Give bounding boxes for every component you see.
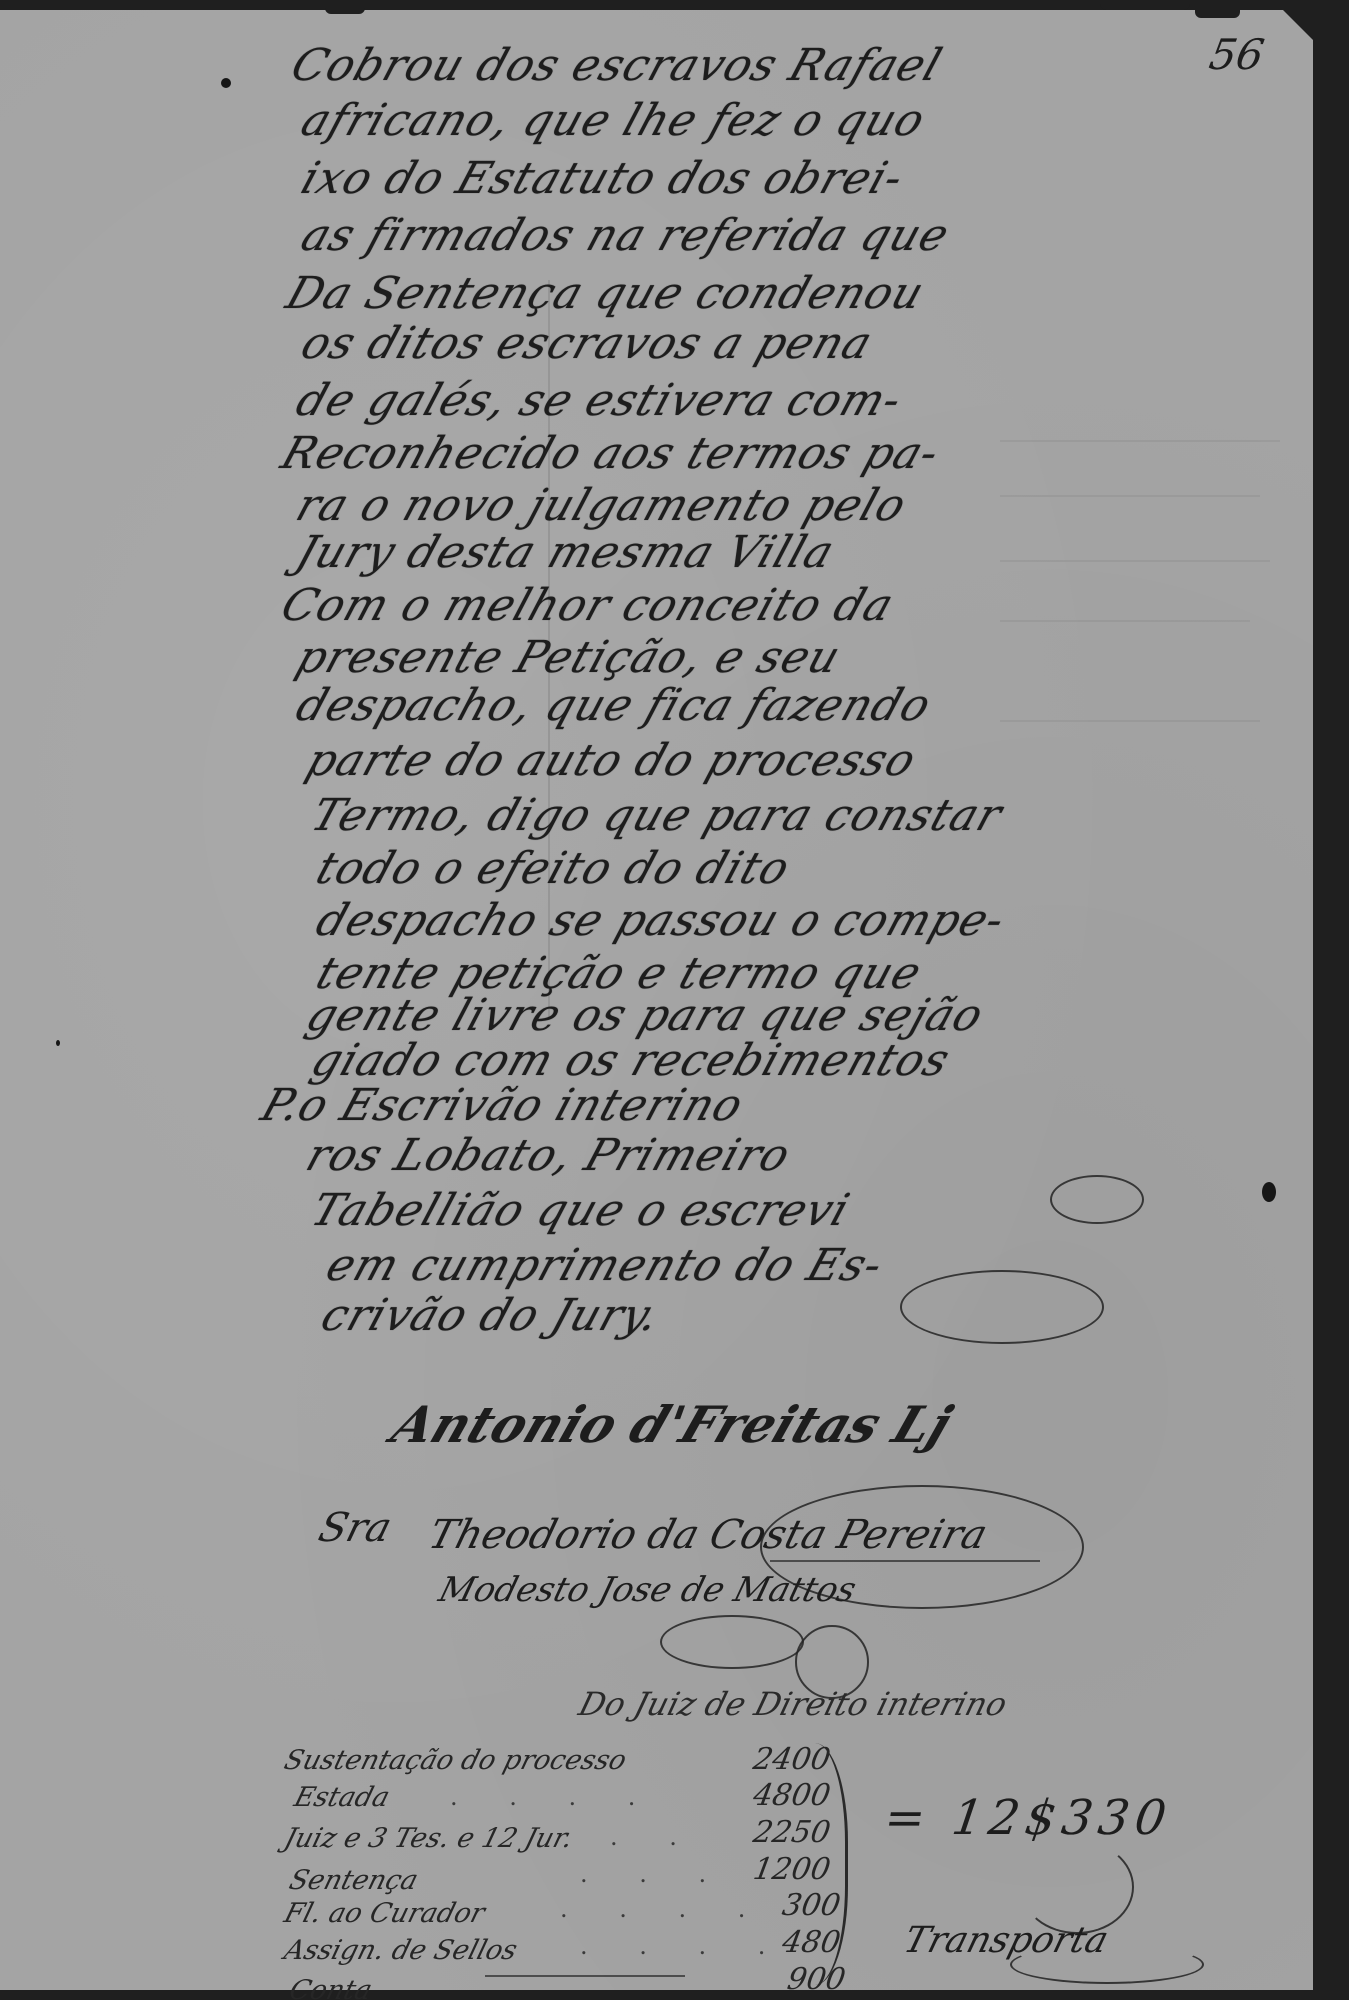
body-line: ixo do Estatuto dos obrei- — [295, 153, 910, 204]
signature-witness-prefix: Sra — [314, 1505, 397, 1551]
account-amount: 2250 — [687, 1815, 833, 1850]
account-amount: 1200 — [687, 1852, 833, 1887]
body-line: ra o novo julgamento pelo — [290, 480, 913, 531]
body-line: Termo, digo que para constar — [305, 790, 1009, 841]
body-line: de galés, se estivera com- — [290, 375, 909, 426]
body-line: crivão do Jury. — [315, 1290, 667, 1341]
paper-tear — [1100, 0, 1190, 10]
body-line: Jury desta mesma Villa — [290, 527, 841, 578]
bleed-through-line — [1000, 620, 1250, 622]
paper-corner — [1283, 10, 1313, 40]
bleed-through-line — [1000, 495, 1260, 497]
rule-line — [485, 1975, 685, 1977]
body-line: Da Sentença que condenou — [280, 268, 931, 319]
leader-dots: . . — [610, 1823, 699, 1851]
page-number: 56 — [1206, 30, 1268, 79]
account-label: Estada — [291, 1782, 393, 1813]
ink-blot — [1262, 1182, 1276, 1202]
flourish — [660, 1615, 804, 1669]
ink-blot — [56, 1040, 60, 1046]
bleed-through-line — [1000, 720, 1260, 722]
account-label: Juiz e 3 Tes. e 12 Jur. — [281, 1823, 576, 1854]
account-label: Sustentação do processo — [281, 1745, 630, 1776]
account-amount: 2400 — [687, 1742, 833, 1777]
accounts-heading: Do Juiz de Direito interino — [575, 1685, 1011, 1723]
account-label: Conta — [286, 1975, 376, 2000]
account-label: Assign. de Sellos — [281, 1935, 521, 1966]
account-label: Sentença — [286, 1865, 422, 1896]
body-line: despacho se passou o compe- — [310, 895, 1012, 946]
account-amount: 4800 — [687, 1778, 833, 1813]
body-line: todo o efeito do dito — [310, 843, 797, 894]
ink-blot — [221, 78, 231, 88]
bleed-through-line — [1000, 440, 1280, 442]
body-line: despacho, que fica fazendo — [290, 680, 938, 731]
body-line: parte do auto do processo — [300, 735, 923, 786]
body-line: em cumprimento do Es- — [320, 1240, 890, 1291]
leader-dots: . . . . — [450, 1783, 657, 1811]
account-total: = 12$330 — [881, 1790, 1176, 1846]
body-line: africano, que lhe fez o quo — [295, 95, 932, 146]
account-label: Fl. ao Curador — [281, 1898, 488, 1929]
flourish — [1050, 1175, 1144, 1224]
body-line: Reconhecido aos termos pa- — [275, 428, 946, 479]
body-line: Com o melhor conceito da — [275, 580, 900, 631]
body-line: Tabellião que o escrevi — [305, 1185, 856, 1236]
paper-tear — [325, 0, 365, 14]
flourish — [1010, 1945, 1204, 1984]
signature-second: Modesto Jose de Mattos — [435, 1570, 861, 1610]
body-line: ros Lobato, Primeiro — [300, 1130, 797, 1181]
bleed-through-line — [1000, 560, 1270, 562]
paper-tear — [1195, 0, 1240, 18]
body-line: os ditos escravos a pena — [295, 318, 879, 369]
body-line: presente Petição, e seu — [290, 632, 847, 683]
signature-primary: Antonio d'Freitas Lj — [384, 1395, 960, 1454]
body-line: gente livre os para que sejão — [300, 990, 990, 1041]
body-line: as firmados na referida que — [295, 210, 956, 261]
flourish — [900, 1270, 1104, 1344]
body-line: Cobrou dos escravos Rafael — [285, 40, 948, 91]
